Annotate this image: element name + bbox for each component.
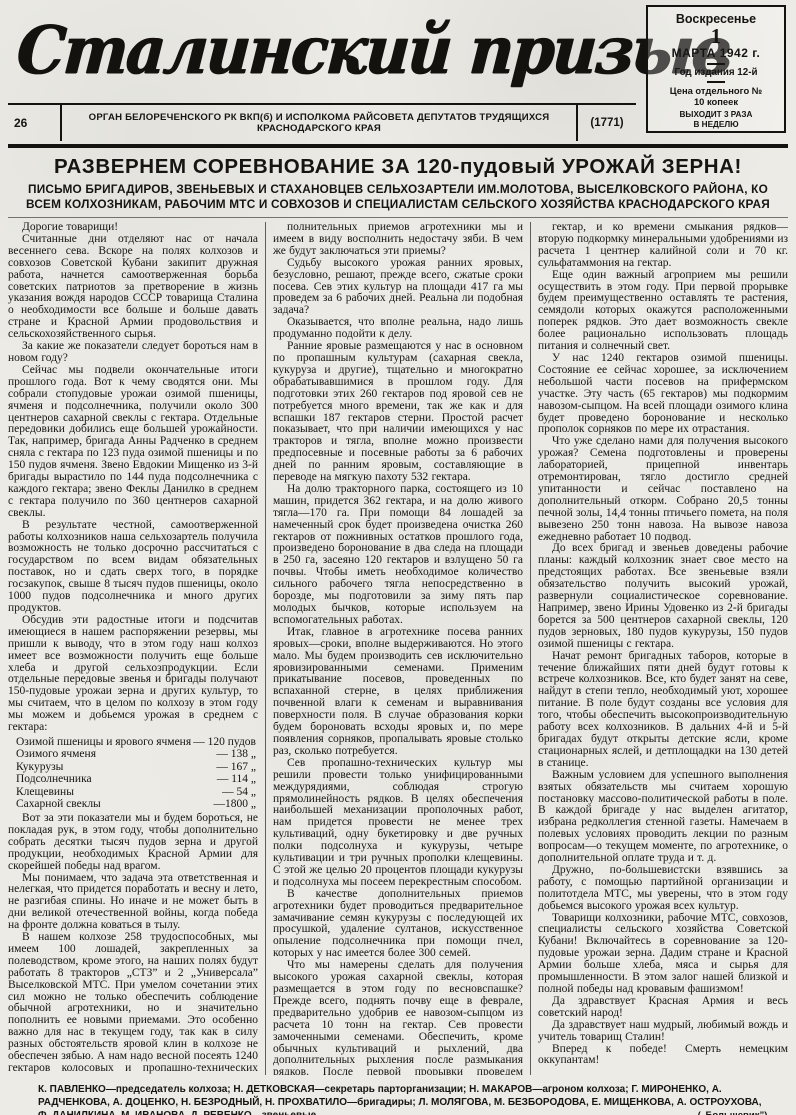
article-paragraph: В нашем колхозе 258 трудоспособных, мы и…: [8, 932, 258, 1075]
signature-block: К. ПАВЛЕНКО—председатель колхоза; Н. ДЕТ…: [8, 1081, 788, 1115]
article-column-2: полнительных приемов агротехники мы и им…: [265, 222, 531, 1075]
article-paragraph: Итак, главное в агротехнике посева ранни…: [273, 627, 523, 758]
article-paragraph: Вперед к победе! Смерть немецким оккупан…: [538, 1044, 788, 1068]
article-column-3: гектар, и ко времени смыкания рядков— вт…: [538, 222, 788, 1075]
schedule-line-2: В НЕДЕЛЮ: [693, 120, 738, 129]
yield-crop-label: Сахарной свеклы: [16, 798, 193, 811]
article-paragraph: Судьбу высокого урожая ранних яровых, бе…: [273, 258, 523, 318]
article-paragraph: Товарищи колхозники, рабочие МТС, совхоз…: [538, 913, 788, 996]
article-paragraph: Важным условием для успешного выполнения…: [538, 770, 788, 865]
main-headline: РАЗВЕРНЕМ СОРЕВНОВАНИЕ ЗА 120-пудовый УР…: [8, 155, 788, 179]
article-paragraph: Да здравствует Красная Армия и весь сове…: [538, 996, 788, 1020]
article-paragraph: Ранние яровые размещаются у нас в основн…: [273, 341, 523, 484]
datebox-divider: [707, 81, 725, 83]
yield-crop-label: Подсолнечника: [16, 773, 193, 786]
article-paragraph: У нас 1240 гектаров озимой пшеницы. Сост…: [538, 353, 788, 436]
issue-serial: (1771): [576, 105, 636, 141]
table-row: Кукурузы — 167 „: [16, 761, 256, 774]
article-paragraph: Что уже сделано нами для получения высок…: [538, 436, 788, 543]
table-row: Подсолнечника — 114 „: [16, 773, 256, 786]
article-paragraph: Что мы намерены сделать для получения вы…: [273, 960, 523, 1075]
article-paragraph: В результате честной, самоотверженной ра…: [8, 520, 258, 615]
masthead: Сталинский призыв 26 ОРГАН БЕЛОРЕЧЕНСКОГ…: [8, 0, 788, 148]
article-paragraph: полнительных приемов агротехники мы и им…: [273, 222, 523, 258]
table-row: Озимого ячменя — 138 „: [16, 748, 256, 761]
yield-value: — 120 пудов: [193, 736, 256, 749]
table-row: Клещевины — 54 „: [16, 786, 256, 799]
article-paragraph: Начат ремонт бригадных таборов, которые …: [538, 651, 788, 770]
yield-value: — 54 „: [193, 786, 256, 799]
article-paragraph: За какие же показатели следует бороться …: [8, 341, 258, 365]
article-paragraph: гектар, и ко времени смыкания рядков— вт…: [538, 222, 788, 270]
yield-crop-label: Озимой пшеницы и ярового ячменя: [16, 736, 193, 749]
organ-bar: 26 ОРГАН БЕЛОРЕЧЕНСКОГО РК ВКП(б) И ИСПО…: [8, 103, 636, 141]
issue-number: 26: [8, 105, 62, 141]
yield-value: — 138 „: [193, 748, 256, 761]
datebox-divider: [707, 63, 725, 65]
article-paragraph: Да здравствует наш мудрый, любимый вождь…: [538, 1020, 788, 1044]
organ-line-2: КРАСНОДАРСКОГО КРАЯ: [257, 123, 381, 135]
source-attribution: („Большевик”).: [698, 1109, 770, 1115]
month-year-label: МАРТА 1942 г.: [672, 46, 761, 60]
yield-crop-label: Озимого ячменя: [16, 748, 193, 761]
newspaper-title: Сталинский призыв: [14, 12, 649, 89]
article-paragraph: Мы понимаем, что задача эта ответственна…: [8, 873, 258, 933]
table-row: Озимой пшеницы и ярового ячменя — 120 пу…: [16, 736, 256, 749]
yield-value: — 167 „: [193, 761, 256, 774]
price-line-2: 10 копеек: [694, 96, 738, 107]
article-paragraph: Сейчас мы подвели окончательные итоги пр…: [8, 365, 258, 520]
sub-headline: ПИСЬМО БРИГАДИРОВ, ЗВЕНЬЕВЫХ И СТАХАНОВЦ…: [12, 182, 784, 211]
article-paragraph: В качестве дополнительных приемов агроте…: [273, 889, 523, 960]
organ-statement: ОРГАН БЕЛОРЕЧЕНСКОГО РК ВКП(б) И ИСПОЛКО…: [62, 105, 576, 141]
article-paragraph: Дружно, по-большевистски взявшись за раб…: [538, 865, 788, 913]
yield-value: —1800 „: [193, 798, 256, 811]
article-column-1: Дорогие товарищи! Считанные дни отделяют…: [8, 222, 258, 1075]
signatories-text: К. ПАВЛЕНКО—председатель колхоза; Н. ДЕТ…: [38, 1084, 762, 1115]
article-paragraph: Считанные дни отделяют нас от начала вес…: [8, 234, 258, 341]
article-paragraph: До всех бригад и звеньев доведены рабочи…: [538, 543, 788, 650]
newspaper-page: Сталинский призыв 26 ОРГАН БЕЛОРЕЧЕНСКОГ…: [8, 0, 788, 1115]
article-paragraph: Еще один важный агроприем мы решили осущ…: [538, 270, 788, 353]
article-paragraph: Обсудив эти радостные итоги и подсчитав …: [8, 615, 258, 734]
article-paragraph: На долю тракторного парка, состоящего из…: [273, 484, 523, 627]
article-paragraph: Оказывается, что вполне реальна, надо ли…: [273, 317, 523, 341]
sub-headline-line-2: ВСЕМ КОЛХОЗНИКАМ, РАБОЧИМ МТС И СОВХОЗОВ…: [26, 197, 770, 211]
yield-crop-label: Кукурузы: [16, 761, 193, 774]
yield-targets-table: Озимой пшеницы и ярового ячменя — 120 пу…: [16, 736, 256, 811]
article-body: Дорогие товарищи! Считанные дни отделяют…: [8, 217, 788, 1075]
price-line-1: Цена отдельного №: [670, 85, 762, 96]
publication-schedule: ВЫХОДИТ 3 РАЗА В НЕДЕЛЮ: [680, 110, 753, 129]
schedule-line-1: ВЫХОДИТ 3 РАЗА: [680, 110, 753, 119]
yield-value: — 114 „: [193, 773, 256, 786]
price-label: Цена отдельного № 10 копеек: [670, 85, 762, 107]
sub-headline-line-1: ПИСЬМО БРИГАДИРОВ, ЗВЕНЬЕВЫХ И СТАХАНОВЦ…: [28, 182, 768, 196]
yield-crop-label: Клещевины: [16, 786, 193, 799]
article-paragraph: Вот за эти показатели мы и будем боротьс…: [8, 813, 258, 873]
table-row: Сахарной свеклы —1800 „: [16, 798, 256, 811]
organ-line-1: ОРГАН БЕЛОРЕЧЕНСКОГО РК ВКП(б) И ИСПОЛКО…: [89, 112, 550, 124]
date-box: Воскресенье 1 МАРТА 1942 г. Год издания …: [646, 5, 786, 133]
day-number: 1: [711, 26, 722, 46]
article-paragraph: Сев пропашно-технических культур мы реши…: [273, 758, 523, 889]
edition-year-label: Год издания 12-й: [675, 67, 758, 78]
